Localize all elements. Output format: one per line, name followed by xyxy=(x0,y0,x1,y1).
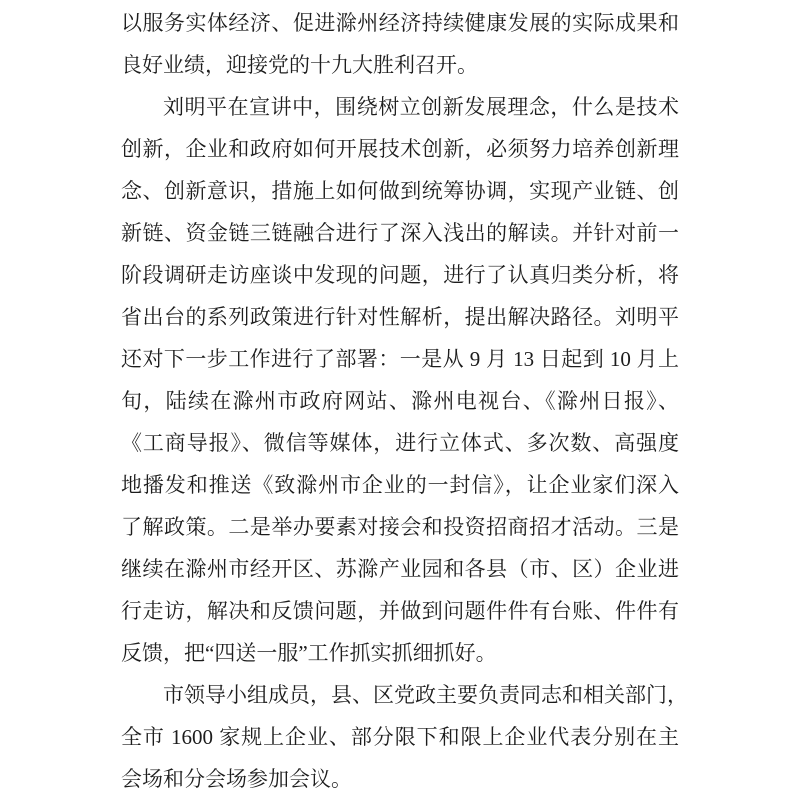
text-line: 全市 1600 家规上企业、部分限下和限上企业代表分别在主 xyxy=(121,716,679,758)
text-line: 新链、资金链三链融合进行了深入浅出的解读。并针对前一 xyxy=(121,212,679,254)
text-line: 还对下一步工作进行了部署：一是从 9 月 13 日起到 10 月上 xyxy=(121,338,679,380)
text-line paragraph-start: 市领导小组成员，县、区党政主要负责同志和相关部门， xyxy=(121,674,679,716)
text-line paragraph-end: 反馈，把“四送一服”工作抓实抓细抓好。 xyxy=(121,632,679,674)
text-line: 创新，企业和政府如何开展技术创新，必须努力培养创新理 xyxy=(121,128,679,170)
text-line: 《工商导报》、微信等媒体，进行立体式、多次数、高强度 xyxy=(121,422,679,464)
text-line: 行走访，解决和反馈问题，并做到问题件件有台账、件件有 xyxy=(121,590,679,632)
text-line paragraph-end: 良好业绩，迎接党的十九大胜利召开。 xyxy=(121,44,679,86)
text-line: 地播发和推送《致滁州市企业的一封信》，让企业家们深入 xyxy=(121,464,679,506)
document-page: 以服务实体经济、促进滁州经济持续健康发展的实际成果和 良好业绩，迎接党的十九大胜… xyxy=(121,2,679,800)
text-line: 以服务实体经济、促进滁州经济持续健康发展的实际成果和 xyxy=(121,2,679,44)
text-line: 念、创新意识，措施上如何做到统筹协调，实现产业链、创 xyxy=(121,170,679,212)
text-line: 继续在滁州市经开区、苏滁产业园和各县（市、区）企业进 xyxy=(121,548,679,590)
text-line: 阶段调研走访座谈中发现的问题，进行了认真归类分析，将 xyxy=(121,254,679,296)
text-line paragraph-start: 刘明平在宣讲中，围绕树立创新发展理念，什么是技术 xyxy=(121,86,679,128)
text-line: 旬，陆续在滁州市政府网站、滁州电视台、《滁州日报》、 xyxy=(121,380,679,422)
text-line paragraph-end: 会场和分会场参加会议。 xyxy=(121,758,679,800)
text-line: 了解政策。二是举办要素对接会和投资招商招才活动。三是 xyxy=(121,506,679,548)
text-line: 省出台的系列政策进行针对性解析，提出解决路径。刘明平 xyxy=(121,296,679,338)
